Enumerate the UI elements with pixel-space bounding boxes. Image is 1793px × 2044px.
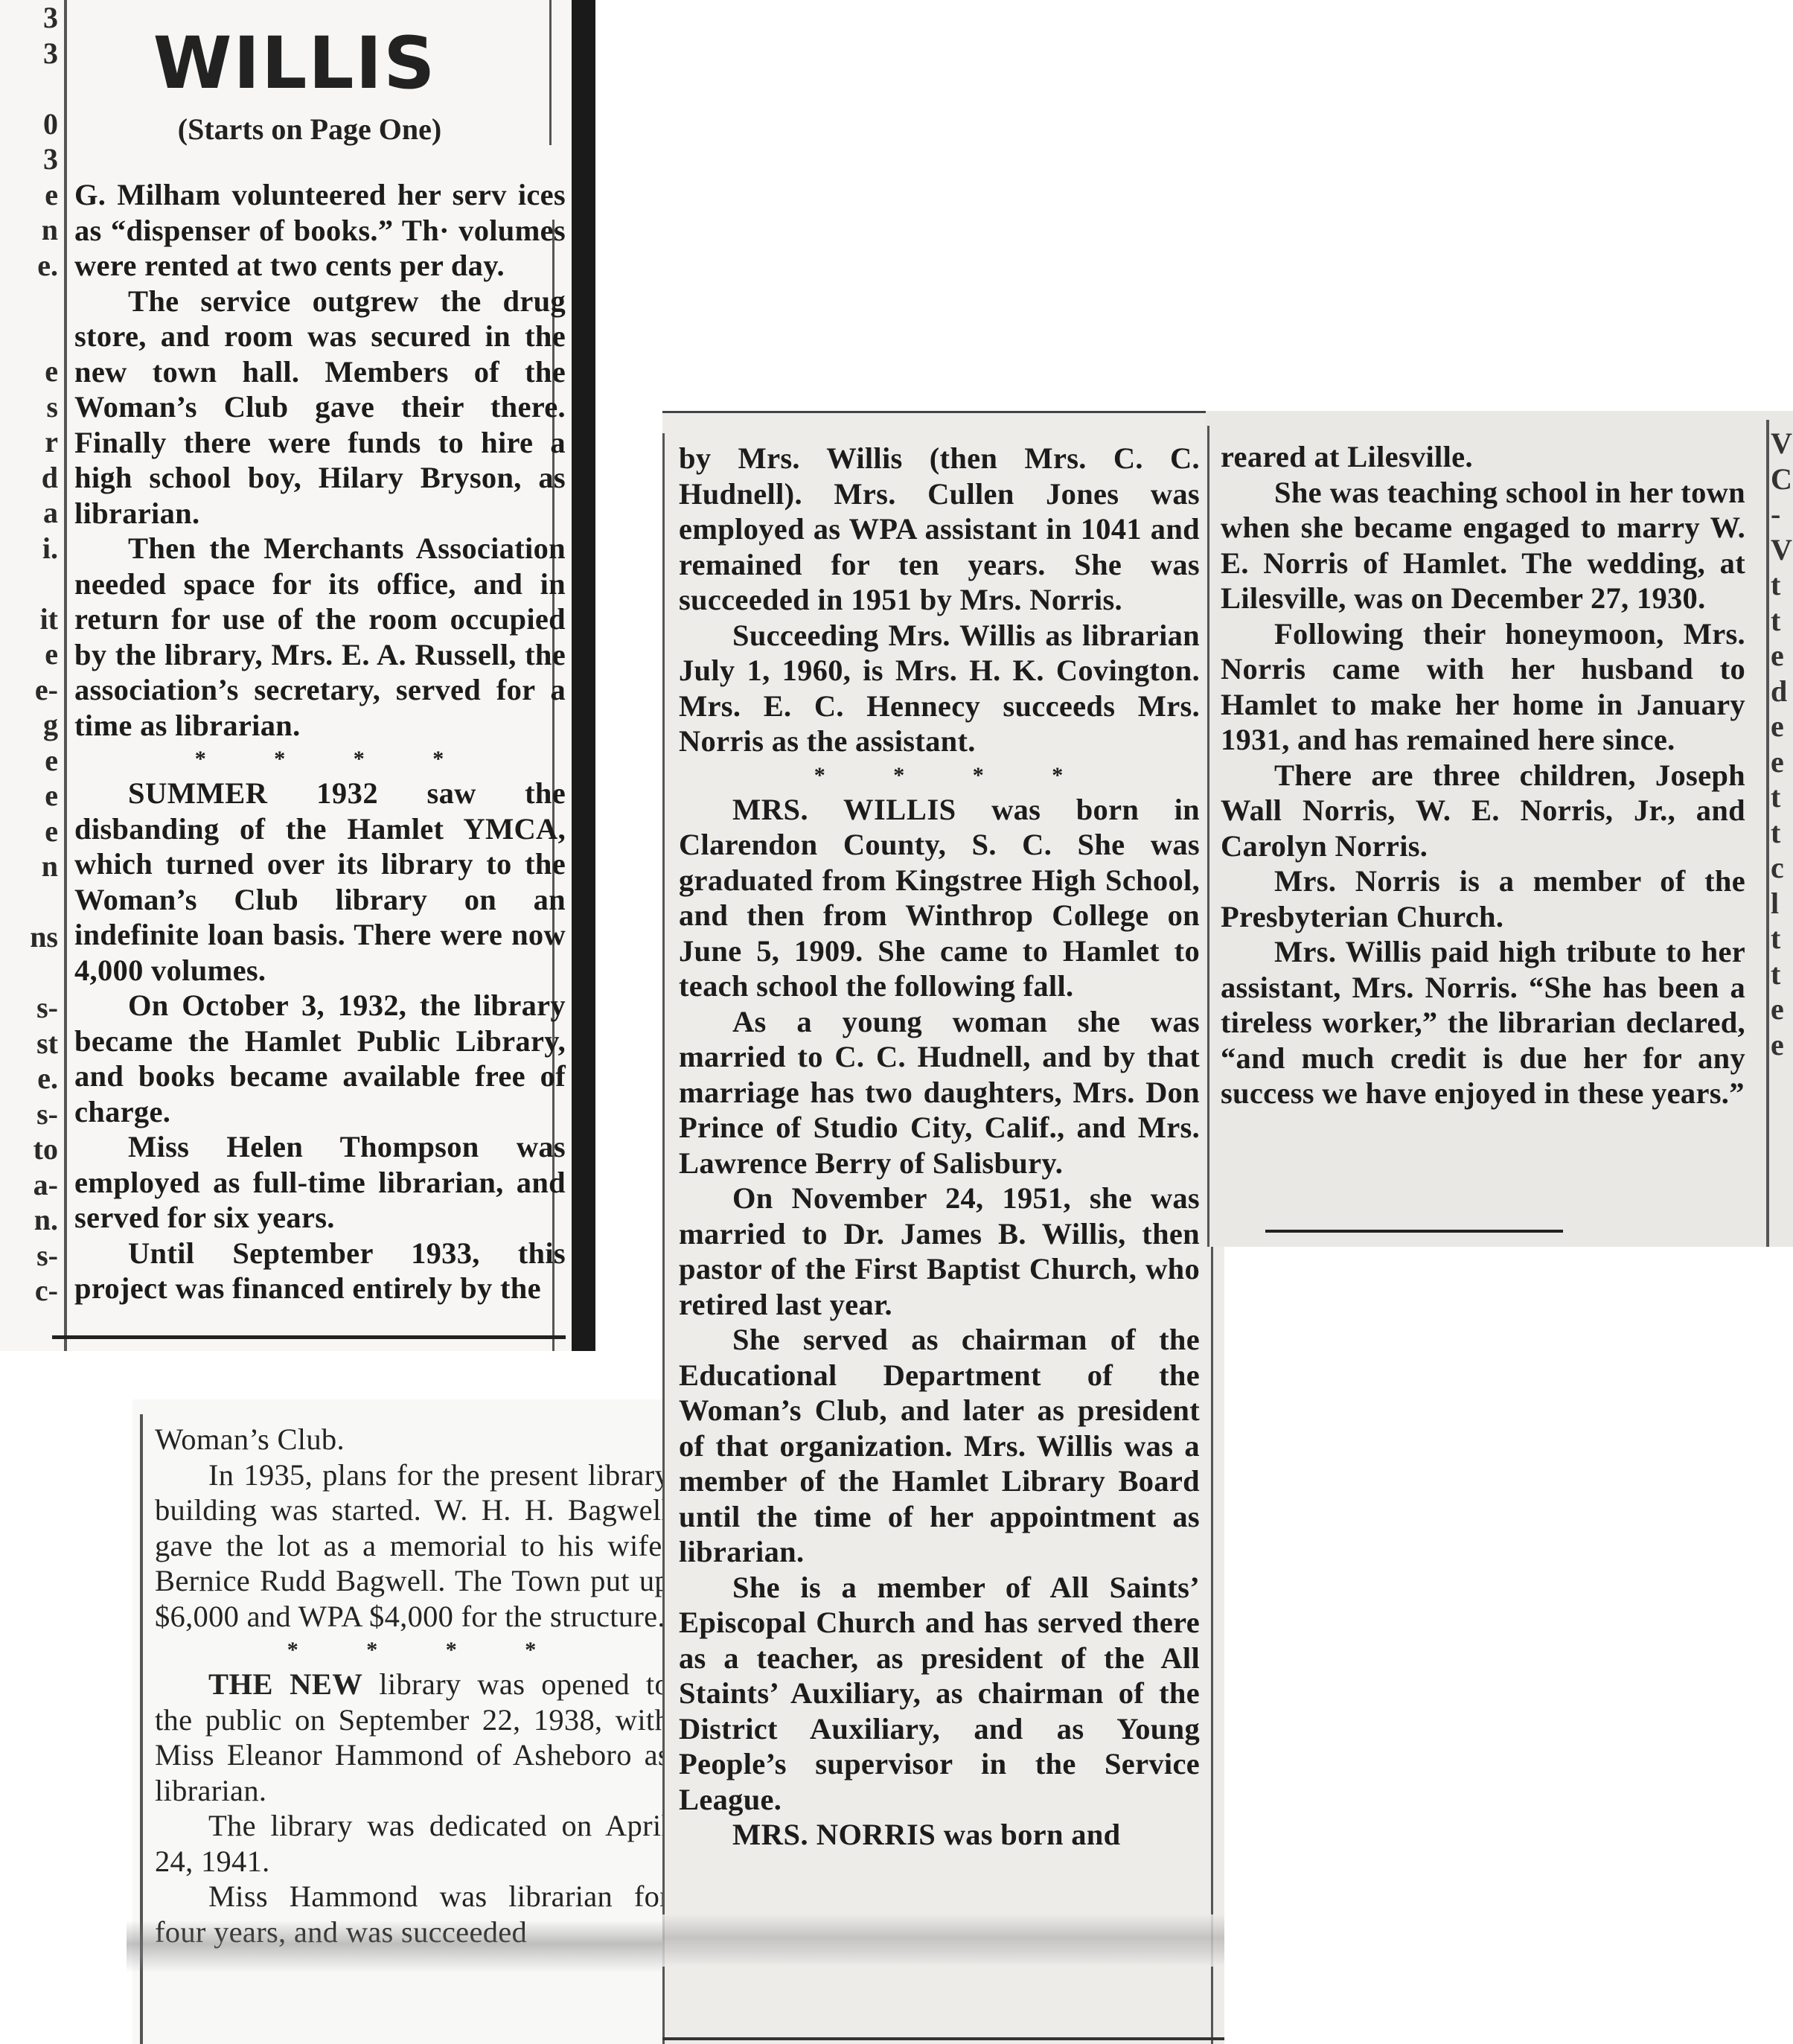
article-paragraph: Miss Helen Thompson was employed as full… <box>74 1129 566 1236</box>
article-column-2: Woman’s Club.In 1935, plans for the pres… <box>155 1422 670 1949</box>
article-paragraph: Then the Merchants Association needed sp… <box>74 531 566 743</box>
article-paragraph: MRS. NORRIS was born and <box>679 1817 1200 1853</box>
clipping-bottom-rule <box>662 2037 1224 2040</box>
clipping-middle: by Mrs. Willis (then Mrs. C. C. Hudnell)… <box>662 411 1224 2044</box>
article-paragraph: MRS. WILLIS was born in Clarendon County… <box>679 792 1200 1004</box>
column-rule <box>549 0 552 145</box>
scan-fold-shadow <box>662 1914 1224 1967</box>
adjacent-column-fragment: VC-Vttedeettclttee <box>1771 426 1793 1245</box>
article-paragraph: There are three children, Joseph Wall No… <box>1221 758 1745 864</box>
column-rule <box>64 0 67 1351</box>
clipping-top-left: 33 03ene. esrdai. itee-geeen ns s-ste.s-… <box>0 0 595 1351</box>
article-paragraph: The service outgrew the drug store, and … <box>74 284 566 531</box>
article-paragraph: In 1935, plans for the present library b… <box>155 1457 670 1635</box>
column-rule <box>1766 420 1769 1247</box>
column-end-rule <box>52 1335 566 1339</box>
scan-fold-shadow <box>127 1920 662 1973</box>
article-paragraph: The library was dedicated on April 24, 1… <box>155 1808 670 1879</box>
article-paragraph: On October 3, 1932, the library became t… <box>74 988 566 1129</box>
clipping-top-rule <box>662 411 1224 413</box>
article-paragraph: Following their honeymoon, Mrs. Norris c… <box>1221 616 1745 758</box>
article-paragraph: by Mrs. Willis (then Mrs. C. C. Hudnell)… <box>679 441 1200 618</box>
continuation-note: (Starts on Page One) <box>71 112 548 147</box>
page-edge-shadow <box>572 0 595 1351</box>
paragraph-lead-in: THE NEW <box>208 1667 362 1701</box>
paragraph-lead-in: MRS. NORRIS <box>732 1818 936 1851</box>
column-rule <box>662 433 665 2044</box>
article-paragraph: THE NEW library was opened to the public… <box>155 1667 670 1808</box>
article-paragraph: Woman’s Club. <box>155 1422 670 1457</box>
article-paragraph: On November 24, 1951, she was married to… <box>679 1181 1200 1322</box>
section-separator: * * * * <box>155 1634 670 1667</box>
article-paragraph: reared at Lilesville. <box>1221 439 1745 475</box>
article-paragraph: As a young woman she was married to C. C… <box>679 1004 1200 1181</box>
article-paragraph: G. Milham volunteered her serv ices as “… <box>74 177 566 284</box>
article-paragraph: SUMMER 1932 saw the disbanding of the Ha… <box>74 776 566 988</box>
column-rule <box>1207 426 1209 1247</box>
article-paragraph: Until September 1933, this project was f… <box>74 1236 566 1306</box>
article-headline: WILLIS <box>71 22 518 104</box>
article-paragraph: She is a member of All Saints’ Episcopal… <box>679 1570 1200 1818</box>
clipping-right: VC-Vttedeettclttee reared at Lilesville.… <box>1206 411 1793 1247</box>
article-paragraph: She served as chairman of the Educationa… <box>679 1322 1200 1570</box>
article-paragraph: Mrs. Norris is a member of the Presbyter… <box>1221 863 1745 934</box>
section-separator: * * * * <box>679 759 1200 792</box>
paragraph-lead-in: SUMMER 1932 <box>128 776 378 810</box>
adjacent-column-fragment: 33 03ene. esrdai. itee-geeen ns s-ste.s-… <box>0 0 58 1351</box>
paragraph-lead-in: MRS. WILLIS <box>732 793 956 826</box>
article-paragraph: Mrs. Willis paid high tribute to her ass… <box>1221 934 1745 1111</box>
article-column-4: reared at Lilesville.She was teaching sc… <box>1221 439 1745 1111</box>
article-paragraph: She was teaching school in her town when… <box>1221 475 1745 616</box>
article-column-3: by Mrs. Willis (then Mrs. C. C. Hudnell)… <box>679 441 1200 1853</box>
column-end-rule <box>1265 1230 1563 1233</box>
article-paragraph: Succeeding Mrs. Willis as librarian July… <box>679 618 1200 759</box>
section-separator: * * * * <box>74 743 566 776</box>
article-column-1: G. Milham volunteered her serv ices as “… <box>74 177 566 1306</box>
